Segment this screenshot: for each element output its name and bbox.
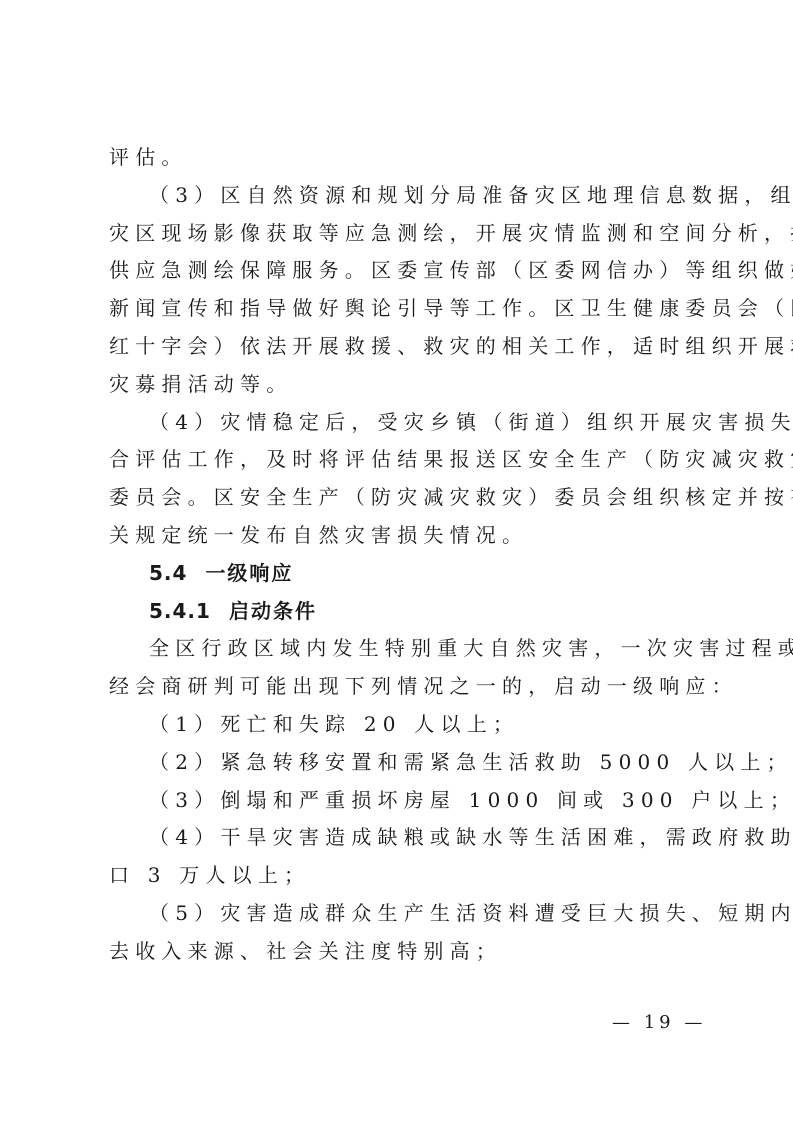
paragraph-line: 评估。 xyxy=(109,139,689,177)
section-heading: 5.4一级响应 xyxy=(109,555,689,593)
paragraph-line: 红十字会）依法开展救援、救灾的相关工作，适时组织开展救 xyxy=(109,328,689,366)
subsection-title: 启动条件 xyxy=(229,599,317,623)
paragraph-line: 灾募捐活动等。 xyxy=(109,366,689,404)
document-page: 评估。 （3）区自然资源和规划分局准备灾区地理信息数据，组织 灾区现场影像获取等… xyxy=(0,0,793,1122)
condition-item: （1）死亡和失踪 20 人以上； xyxy=(109,706,689,744)
paragraph-line: （3）区自然资源和规划分局准备灾区地理信息数据，组织 xyxy=(109,177,689,215)
paragraph-line: 灾区现场影像获取等应急测绘，开展灾情监测和空间分析，提 xyxy=(109,215,689,253)
paragraph-line: 供应急测绘保障服务。区委宣传部（区委网信办）等组织做好 xyxy=(109,252,689,290)
paragraph-line: （4）灾情稳定后，受灾乡镇（街道）组织开展灾害损失综 xyxy=(109,404,689,442)
paragraph-line: 经会商研判可能出现下列情况之一的，启动一级响应： xyxy=(109,668,689,706)
subsection-heading: 5.4.1启动条件 xyxy=(109,593,689,631)
condition-item: （2）紧急转移安置和需紧急生活救助 5000 人以上； xyxy=(109,744,689,782)
condition-item: （3）倒塌和严重损坏房屋 1000 间或 300 户以上； xyxy=(109,782,689,820)
condition-item: （4）干旱灾害造成缺粮或缺水等生活困难，需政府救助人 xyxy=(109,819,689,857)
document-body: 评估。 （3）区自然资源和规划分局准备灾区地理信息数据，组织 灾区现场影像获取等… xyxy=(109,139,689,971)
section-number: 5.4 xyxy=(149,561,187,585)
page-number: — 19 — xyxy=(612,1012,706,1033)
section-title: 一级响应 xyxy=(205,561,293,585)
paragraph-line: 新闻宣传和指导做好舆论引导等工作。区卫生健康委员会（区 xyxy=(109,290,689,328)
paragraph-line: 委员会。区安全生产（防灾减灾救灾）委员会组织核定并按有 xyxy=(109,479,689,517)
paragraph-line: 全区行政区域内发生特别重大自然灾害，一次灾害过程或 xyxy=(109,630,689,668)
condition-item-continued: 去收入来源、社会关注度特别高； xyxy=(109,933,689,971)
condition-item-continued: 口 3 万人以上； xyxy=(109,857,689,895)
condition-item: （5）灾害造成群众生产生活资料遭受巨大损失、短期内失 xyxy=(109,895,689,933)
paragraph-line: 合评估工作，及时将评估结果报送区安全生产（防灾减灾救灾） xyxy=(109,441,689,479)
subsection-number: 5.4.1 xyxy=(149,599,211,623)
paragraph-line: 关规定统一发布自然灾害损失情况。 xyxy=(109,517,689,555)
